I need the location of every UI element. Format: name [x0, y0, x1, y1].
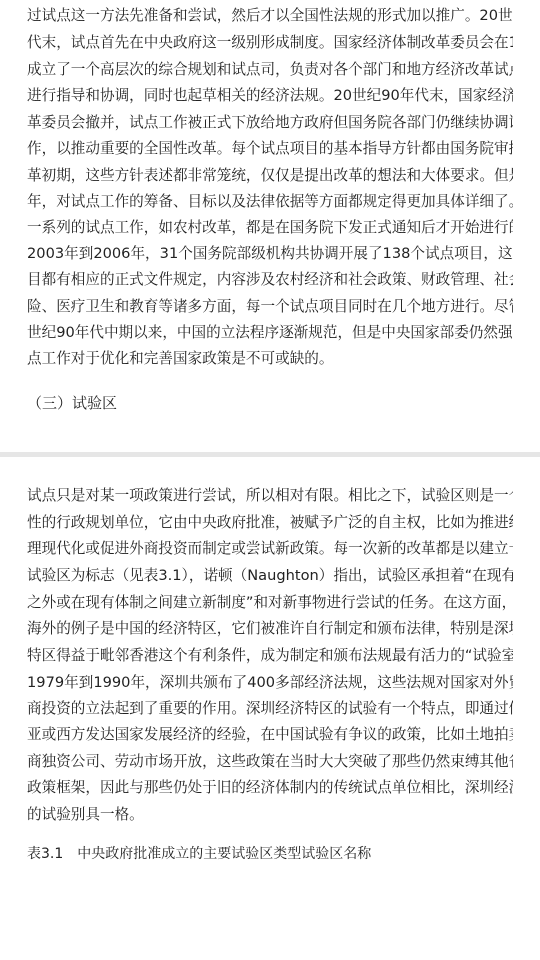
- paragraph-line: 性的行政规划单位，它由中央政府批准，被赋予广泛的自主权，比如为推进经济管: [27, 509, 513, 536]
- paragraph-line: 作，以推动重要的全国性改革。每个试点项目的基本指导方针都由国务院审批，改: [27, 135, 513, 162]
- paragraph-line: 险、医疗卫生和教育等诸多方面，每一个试点项目同时在几个地方进行。尽管从20: [27, 293, 513, 320]
- paragraph-line: 亚或西方发达国家发展经济的经验，在中国试验有争议的政策，比如土地拍卖、外: [27, 721, 513, 748]
- paragraph-line: 点工作对于优化和完善国家政策是不可或缺的。: [27, 345, 513, 372]
- paragraph-line: 1979年到1990年，深圳共颁布了400多部经济法规，这些法规对国家对外贸易和…: [27, 669, 513, 696]
- section-heading: （三）试验区: [27, 391, 117, 415]
- paragraph-line: 特区得益于毗邻香港这个有利条件，成为制定和颁布法规最有活力的“试验室”。: [27, 642, 513, 669]
- paragraph-line: 世纪90年代中期以来，中国的立法程序逐渐规范，但是中央国家部委仍然强调，试: [27, 319, 513, 346]
- paragraph-line: 成立了一个高层次的综合规划和试点司，负责对各个部门和地方经济改革试点工作: [27, 56, 513, 83]
- paragraph-line: 试验区为标志（见表3.1），诺顿（Naughton）指出，试验区承担着“在现有体…: [27, 562, 513, 589]
- paragraph-line: 2003年到2006年，31个国务院部级机构共协调开展了138个试点项目，这些试…: [27, 240, 513, 267]
- paragraph-line: 进行指导和协调，同时也起草相关的经济法规。20世纪90年代末，国家经济体制改: [27, 82, 513, 109]
- reader-page-1[interactable]: 过试点这一方法先准备和尝试，然后才以全国性法规的形式加以推广。20世纪80年 代…: [0, 0, 540, 452]
- paragraph-line: 政策框架，因此与那些仍处于旧的经济体制内的传统试点单位相比，深圳经济特区: [27, 774, 513, 801]
- table-caption: 表3.1 中央政府批准成立的主要试验区类型试验区名称: [27, 843, 371, 865]
- paragraph-line: 商投资的立法起到了重要的作用。深圳经济特区的试验有一个特点，即通过借鉴东: [27, 695, 513, 722]
- paragraph-line: 过试点这一方法先准备和尝试，然后才以全国性法规的形式加以推广。20世纪80年: [27, 2, 513, 29]
- reader-page-2[interactable]: 试点只是对某一项政策进行尝试，所以相对有限。相比之下，试验区则是一个地域 性的行…: [0, 457, 540, 960]
- paragraph-line: 革委员会撤并，试点工作被正式下放给地方政府但国务院各部门仍继续协调试点工: [27, 109, 513, 136]
- paragraph-line: 目都有相应的正式文件规定，内容涉及农村经济和社会政策、财政管理、社会保: [27, 266, 513, 293]
- paragraph-line: 海外的例子是中国的经济特区，它们被准许自行制定和颁布法律，特别是深圳经济: [27, 615, 513, 642]
- paragraph-line: 试点只是对某一项政策进行尝试，所以相对有限。相比之下，试验区则是一个地域: [27, 482, 513, 509]
- paragraph-line: 商独资公司、劳动市场开放，这些政策在当时大大突破了那些仍然束缚其他省市的: [27, 748, 513, 775]
- paragraph-line: 革初期，这些方针表述都非常笼统，仅仅是提出改革的想法和大体要求。但是近几: [27, 162, 513, 189]
- paragraph-line: 年，对试点工作的筹备、目标以及法律依据等方面都规定得更加具体详细了。最近: [27, 188, 513, 215]
- paragraph-line: 的试验别具一格。: [27, 801, 513, 828]
- paragraph-line: 理现代化或促进外商投资而制定或尝试新政策。每一次新的改革都是以建立一批新: [27, 535, 513, 562]
- paragraph-line: 一系列的试点工作，如农村改革，都是在国务院下发正式通知后才开始进行的。: [27, 214, 513, 241]
- paragraph-line: 代末，试点首先在中央政府这一级别形成制度。国家经济体制改革委员会在1988年: [27, 29, 513, 56]
- paragraph-line: 之外或在现有体制之间建立新制度”和对新事物进行尝试的任务。在这方面，名扬: [27, 589, 513, 616]
